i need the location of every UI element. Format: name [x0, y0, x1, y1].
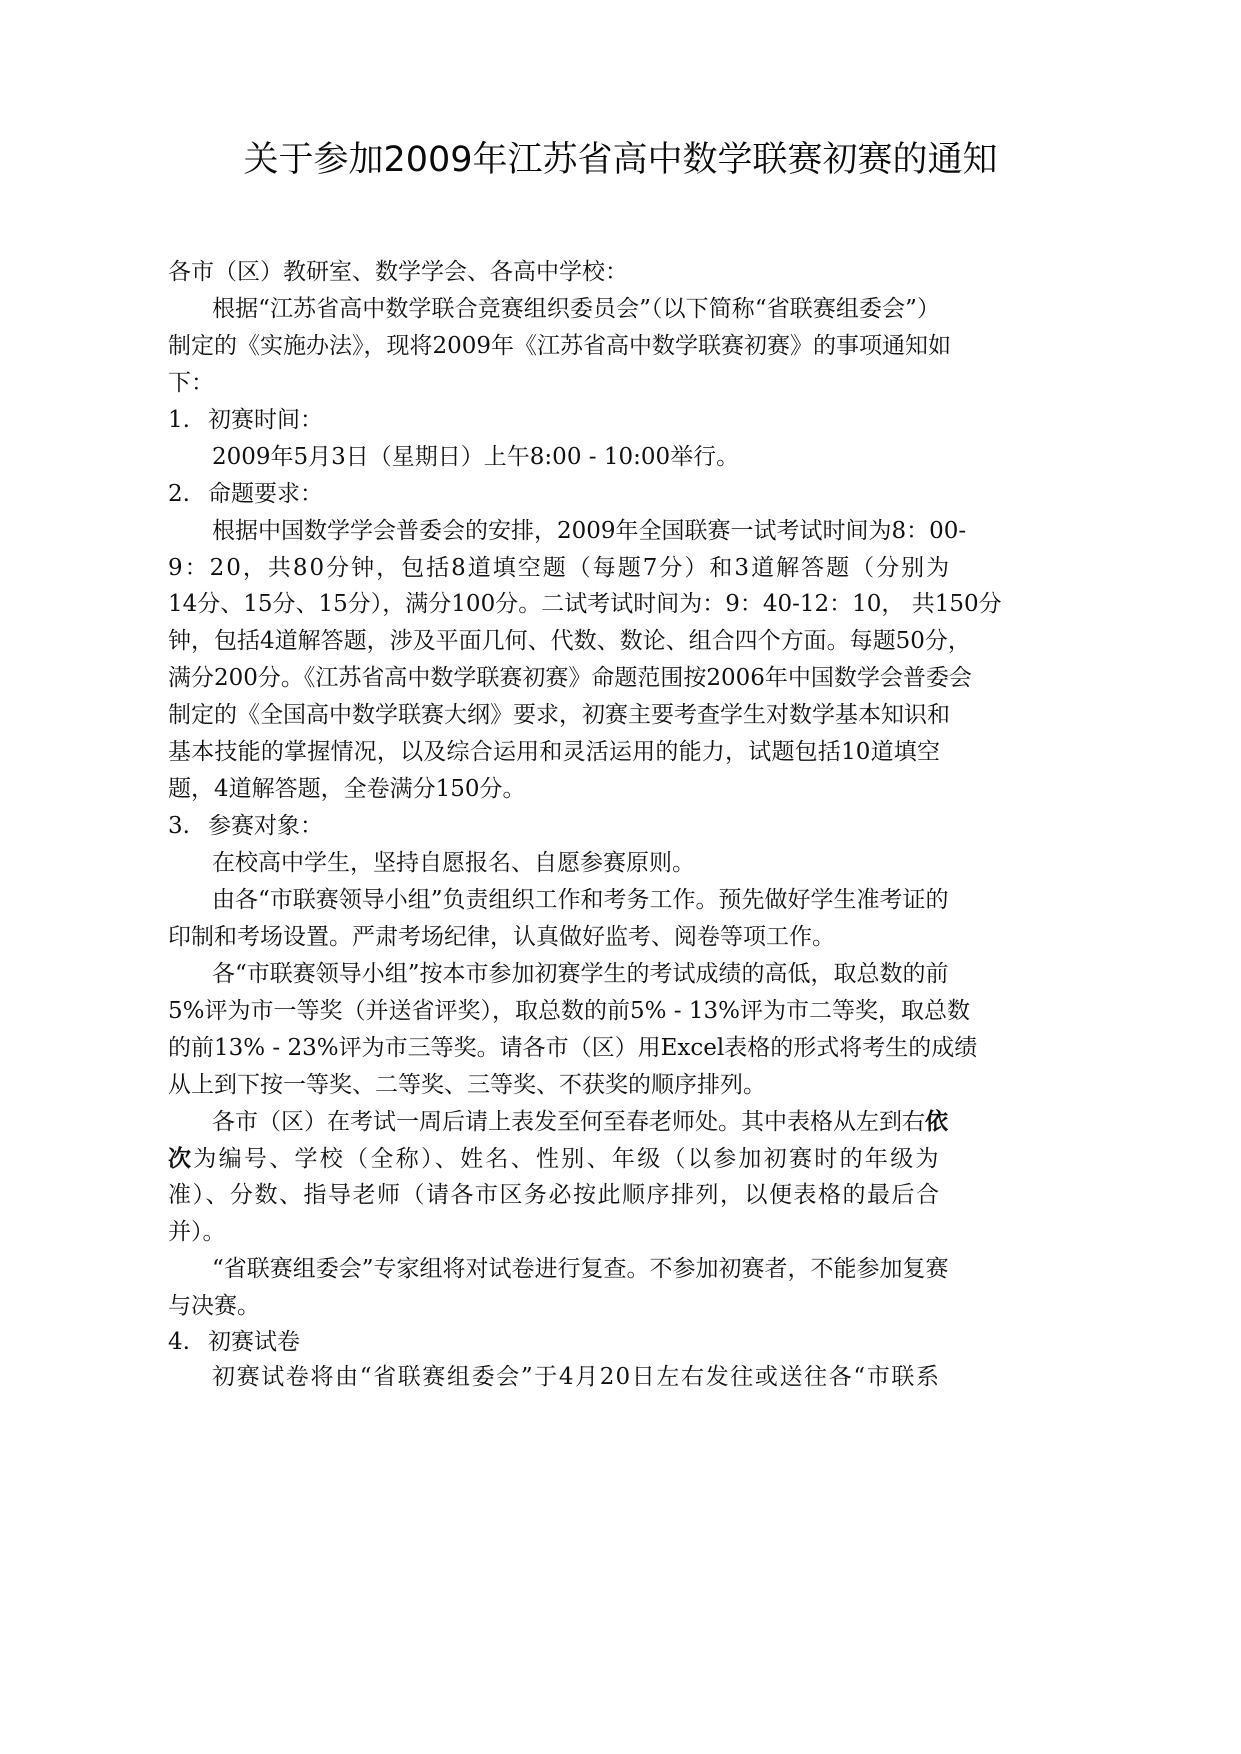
salutation: 各市（区）教研室、数学学会、各高中学校： [168, 254, 940, 291]
section-heading-text: 初赛时间： [208, 402, 323, 439]
section-line: 初赛试卷将由“省联赛组委会”于4月20日左右发往或送往各“市联系 [168, 1359, 940, 1396]
section-line: 在校高中学生，坚持自愿报名、自愿参赛原则。 [168, 845, 940, 882]
section-number: 3. [168, 808, 208, 845]
section-line: 基本技能的掌握情况，以及综合运用和灵活运用的能力，试题包括10道填空 [168, 734, 940, 771]
document-body: 各市（区）教研室、数学学会、各高中学校： 根据“江苏省高中数学联合竞赛组织委员会… [168, 254, 940, 1396]
section-line: 各市（区）在考试一周后请上表发至何至春老师处。其中表格从左到右依 [168, 1104, 940, 1141]
section-line: 9：20，共80分钟，包括8道填空题（每题7分）和3道解答题（分别为 [168, 550, 940, 587]
section-line: 制定的《全国高中数学联赛大纲》要求，初赛主要考查学生对数学基本知识和 [168, 697, 940, 734]
section-line: 2009年5月3日（星期日）上午8:00 - 10:00举行。 [168, 439, 940, 476]
section-line: 并）。 [168, 1214, 940, 1251]
section-heading-3: 3. 参赛对象： [168, 808, 940, 845]
section-line: 印制和考场设置。严肃考场纪律，认真做好监考、阅卷等项工作。 [168, 919, 940, 956]
section-heading-text: 命题要求： [208, 476, 323, 513]
section-heading-2: 2. 命题要求： [168, 476, 940, 513]
section-line: 次为编号、学校（全称）、姓名、性别、年级（以参加初赛时的年级为 [168, 1141, 940, 1178]
section-line-text: 为编号、学校（全称）、姓名、性别、年级（以参加初赛时的年级为 [193, 1146, 940, 1172]
bold-word: 次 [168, 1145, 193, 1172]
intro-line: 制定的《实施办法》，现将2009年《江苏省高中数学联赛初赛》的事项通知如 [168, 328, 940, 365]
section-line: 5%评为市一等奖（并送省评奖），取总数的前5% - 13%评为市二等奖，取总数 [168, 993, 940, 1030]
section-number: 2. [168, 476, 208, 513]
section-line: 准）、分数、指导老师（请各市区务必按此顺序排列，以便表格的最后合 [168, 1177, 940, 1214]
section-heading-1: 1. 初赛时间： [168, 402, 940, 439]
section-line: 14分、15分、15分），满分100分。二试考试时间为：9：40-12：10， … [168, 586, 940, 623]
bold-word: 依 [925, 1108, 948, 1135]
section-number: 4. [168, 1325, 208, 1359]
document-title: 关于参加2009年江苏省高中数学联赛初赛的通知 [0, 138, 1241, 182]
section-line: 满分200分。《江苏省高中数学联赛初赛》命题范围按2006年中国数学会普委会 [168, 660, 940, 697]
section-line: 各“市联赛领导小组”按本市参加初赛学生的考试成绩的高低，取总数的前 [168, 956, 940, 993]
section-line: 题，4道解答题，全卷满分150分。 [168, 771, 940, 808]
section-number: 1. [168, 402, 208, 439]
section-heading-4: 4. 初赛试卷 [168, 1325, 940, 1359]
section-line: 的前13% - 23%评为市三等奖。请各市（区）用Excel表格的形式将考生的成… [168, 1030, 940, 1067]
intro-line: 下： [168, 365, 940, 402]
section-line: 根据中国数学学会普委会的安排，2009年全国联赛一试考试时间为8：00- [168, 513, 940, 550]
section-heading-text: 初赛试卷 [208, 1325, 300, 1359]
section-heading-text: 参赛对象： [208, 808, 323, 845]
document-page: 关于参加2009年江苏省高中数学联赛初赛的通知 各市（区）教研室、数学学会、各高… [0, 0, 1241, 1754]
section-line-text: 各市（区）在考试一周后请上表发至何至春老师处。其中表格从左到右 [212, 1109, 925, 1135]
section-line: “省联赛组委会”专家组将对试卷进行复查。不参加初赛者，不能参加复赛 [168, 1251, 940, 1288]
section-line: 从上到下按一等奖、二等奖、三等奖、不获奖的顺序排列。 [168, 1067, 940, 1104]
section-line: 钟，包括4道解答题，涉及平面几何、代数、数论、组合四个方面。每题50分， [168, 623, 940, 660]
section-line: 由各“市联赛领导小组”负责组织工作和考务工作。预先做好学生准考证的 [168, 882, 940, 919]
section-line: 与决赛。 [168, 1288, 940, 1325]
intro-line: 根据“江苏省高中数学联合竞赛组织委员会”（以下简称“省联赛组委会”） [168, 291, 940, 328]
